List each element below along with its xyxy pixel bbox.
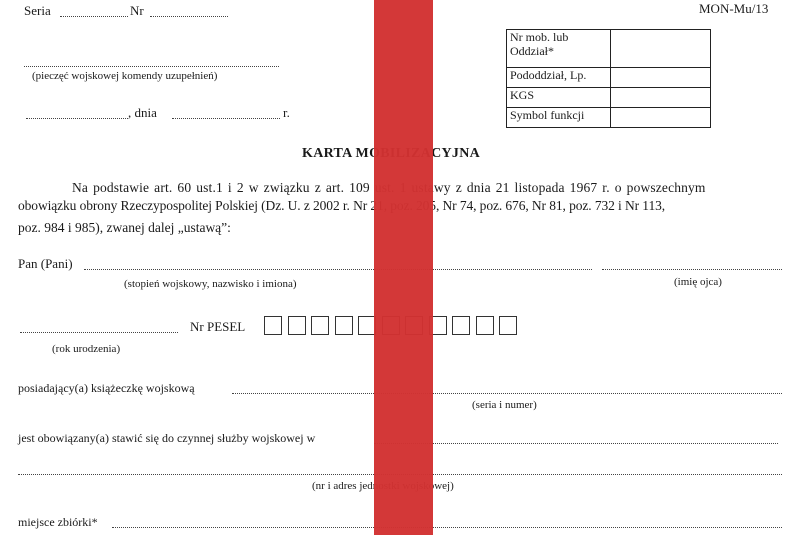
table-row: KGS <box>507 88 711 108</box>
place-field[interactable] <box>26 118 128 119</box>
pesel-digit-box[interactable] <box>335 316 353 335</box>
table-label: Nr mob. lubOddział* <box>507 30 611 68</box>
father-caption: (imię ojca) <box>674 276 722 288</box>
pesel-label: Nr PESEL <box>190 319 245 335</box>
mobilization-info-table: Nr mob. lubOddział* Pododdział, Lp. KGS … <box>506 29 711 128</box>
table-label: Pododdział, Lp. <box>507 68 611 88</box>
table-row: Nr mob. lubOddział* <box>507 30 711 68</box>
pan-label: Pan (Pani) <box>18 256 73 272</box>
table-value-symbol-funkcji[interactable] <box>611 108 711 128</box>
seria-label: Seria <box>24 3 51 19</box>
duty-field[interactable] <box>374 443 778 444</box>
pesel-digit-box[interactable] <box>499 316 517 335</box>
name-field[interactable] <box>84 269 592 270</box>
red-stripe-overlay <box>374 0 433 535</box>
table-value-nr-mob[interactable] <box>611 30 711 68</box>
stamp-field[interactable] <box>24 66 279 67</box>
birth-caption: (rok urodzenia) <box>52 343 120 355</box>
name-caption: (stopień wojskowy, nazwisko i imiona) <box>124 278 297 290</box>
form-code: MON-Mu/13 <box>699 1 768 17</box>
pesel-digit-box[interactable] <box>476 316 494 335</box>
birth-year-field[interactable] <box>20 332 178 333</box>
pesel-digit-box[interactable] <box>452 316 470 335</box>
table-label: Symbol funkcji <box>507 108 611 128</box>
table-row: Symbol funkcji <box>507 108 711 128</box>
date-field[interactable] <box>172 118 280 119</box>
booklet-label: posiadający(a) książeczkę wojskową <box>18 381 195 396</box>
table-value-kgs[interactable] <box>611 88 711 108</box>
stamp-caption: (pieczęć wojskowej komendy uzupełnień) <box>32 70 217 82</box>
pesel-digit-box[interactable] <box>311 316 329 335</box>
father-name-field[interactable] <box>602 269 782 270</box>
table-label: KGS <box>507 88 611 108</box>
date-suffix: r. <box>283 105 290 121</box>
pesel-digit-box[interactable] <box>288 316 306 335</box>
nr-label: Nr <box>130 3 144 19</box>
pesel-digit-box[interactable] <box>264 316 282 335</box>
table-value-pododdzial[interactable] <box>611 68 711 88</box>
assembly-label: miejsce zbiórki* <box>18 515 98 530</box>
duty-label: jest obowiązany(a) stawić się do czynnej… <box>18 431 315 446</box>
date-label: , dnia <box>128 105 157 121</box>
table-row: Pododdział, Lp. <box>507 68 711 88</box>
booklet-caption: (seria i numer) <box>472 399 537 411</box>
booklet-field[interactable] <box>232 393 782 394</box>
seria-field[interactable] <box>60 16 128 17</box>
nr-field[interactable] <box>150 16 228 17</box>
assembly-field[interactable] <box>112 527 782 528</box>
